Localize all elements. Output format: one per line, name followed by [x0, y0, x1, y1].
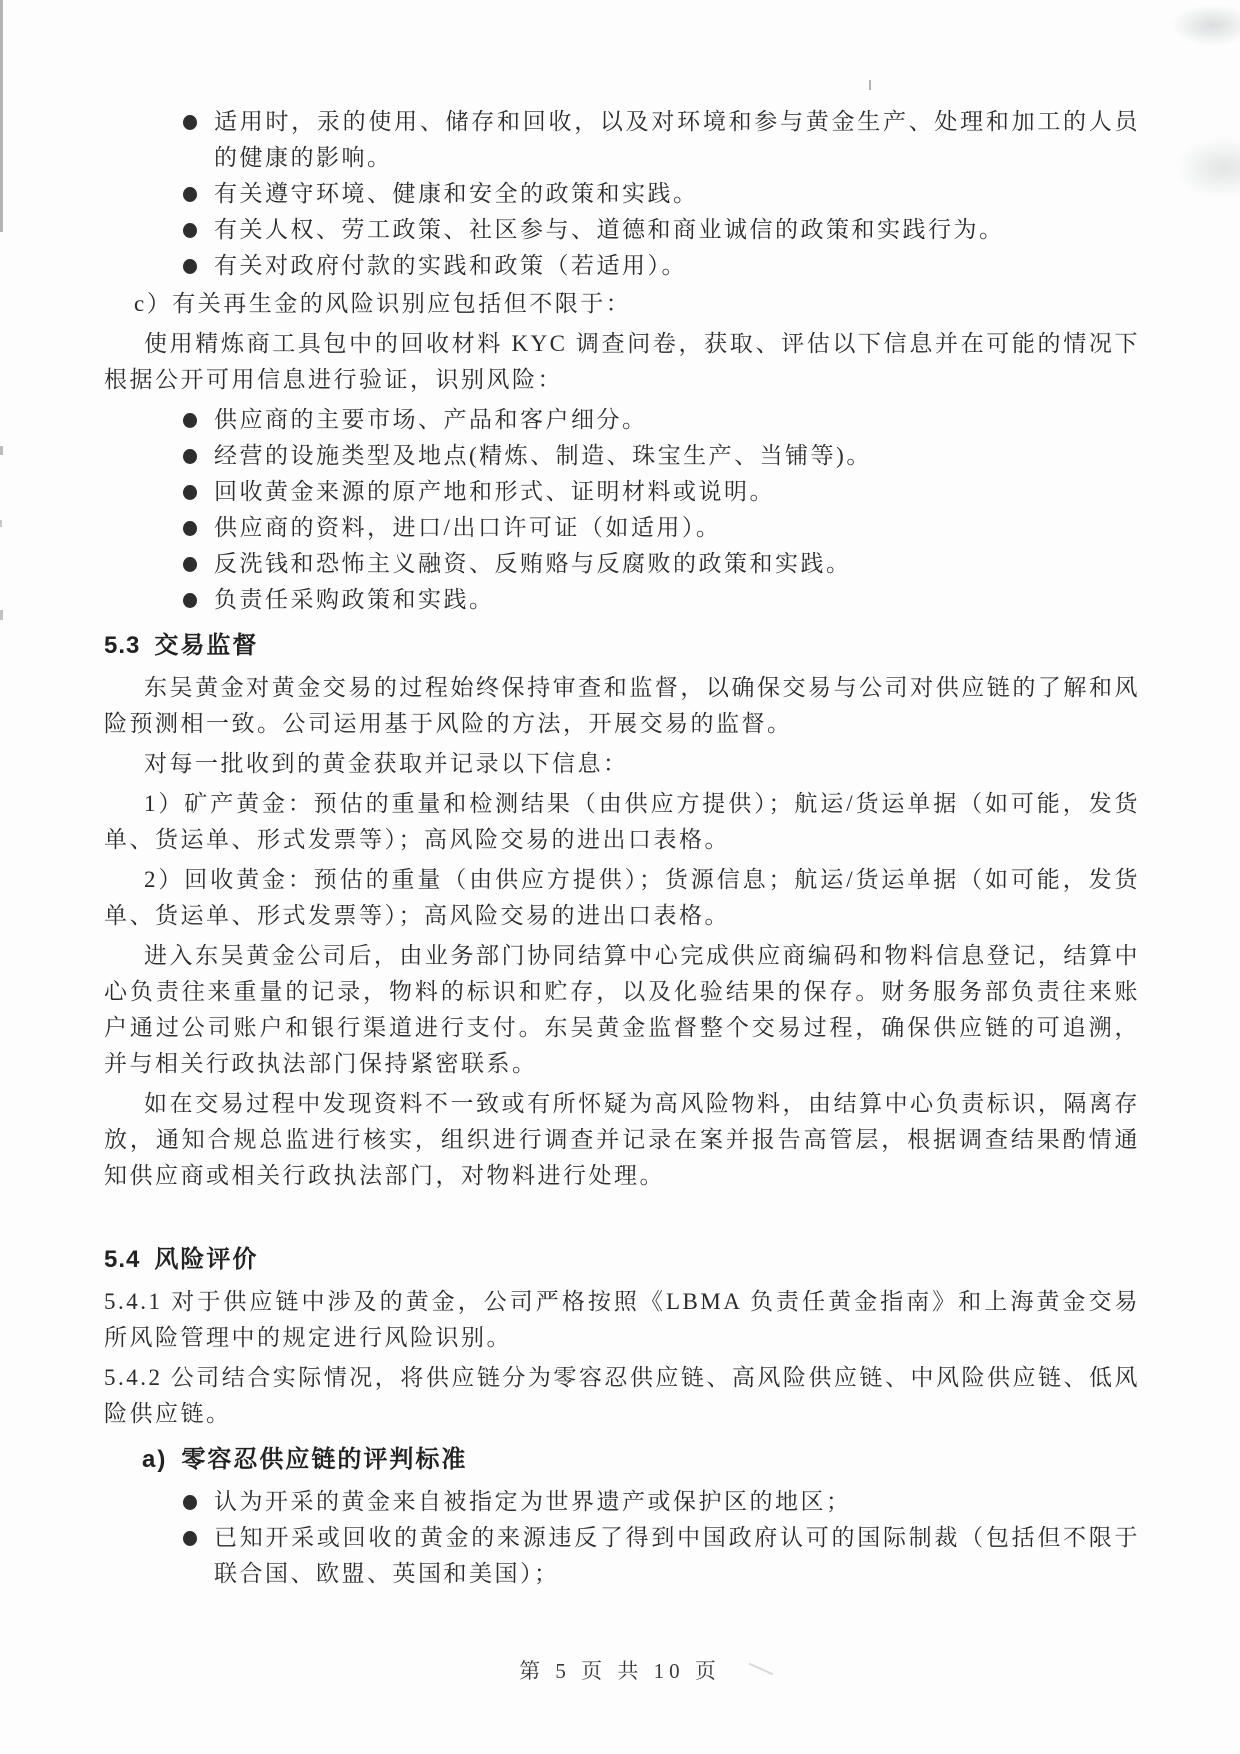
subsection-title: 零容忍供应链的评判标准: [181, 1446, 467, 1473]
bullet-icon: [183, 115, 197, 130]
paragraph: 1）矿产黄金：预估的重量和检测结果（由供应方提供）；航运/货运单据（如可能，发货…: [104, 786, 1140, 858]
bullet-icon: [183, 449, 197, 464]
document-page: 适用时，汞的使用、储存和回收，以及对环境和参与黄金生产、处理和加工的人员的健康的…: [0, 0, 1240, 1754]
section-number: 5.4: [104, 1246, 140, 1273]
scan-artifact-dot: [869, 80, 871, 90]
bullet-icon: [183, 1531, 197, 1546]
paragraph-5-4-1: 5.4.1 对于供应链中涉及的黄金，公司严格按照《LBMA 负责任黄金指南》和上…: [104, 1284, 1140, 1356]
kyc-paragraph: 使用精炼商工具包中的回收材料 KYC 调查问卷，获取、评估以下信息并在可能的情况…: [104, 326, 1140, 398]
list-item: 回收黄金来源的原产地和形式、证明材料或说明。: [214, 474, 1140, 510]
section-number: 5.3: [104, 632, 140, 659]
scan-artifact-smudge: [1130, 0, 1240, 210]
zero-tolerance-bullet-list: 认为开采的黄金来自被指定为世界遗产或保护区的地区； 已知开采或回收的黄金的来源违…: [104, 1484, 1140, 1592]
scan-artifact-speck: [0, 610, 3, 620]
list-item: 有关对政府付款的实践和政策（若适用）。: [214, 248, 1140, 284]
bullet-icon: [183, 521, 197, 536]
subsection-label: a): [142, 1446, 167, 1473]
list-item: 反洗钱和恐怖主义融资、反贿赂与反腐败的政策和实践。: [214, 546, 1140, 582]
list-item-text: 适用时，汞的使用、储存和回收，以及对环境和参与黄金生产、处理和加工的人员的健康的…: [214, 109, 1140, 170]
list-item: 供应商的主要市场、产品和客户细分。: [214, 402, 1140, 438]
paragraph: 如在交易过程中发现资料不一致或有所怀疑为高风险物料，由结算中心负责标识，隔离存放…: [104, 1086, 1140, 1194]
paragraph: 进入东吴黄金公司后，由业务部门协同结算中心完成供应商编码和物料信息登记，结算中心…: [104, 938, 1140, 1082]
list-item: 已知开采或回收的黄金的来源违反了得到中国政府认可的国际制裁（包括但不限于联合国、…: [214, 1520, 1140, 1592]
mined-gold-risk-bullet-list: 适用时，汞的使用、储存和回收，以及对环境和参与黄金生产、处理和加工的人员的健康的…: [104, 104, 1140, 284]
list-item: 经营的设施类型及地点(精炼、制造、珠宝生产、当铺等)。: [214, 438, 1140, 474]
section-heading-5-3: 5.3交易监督: [104, 630, 1140, 662]
list-item-text: 负责任采购政策和实践。: [214, 587, 495, 612]
paragraph-5-4-2: 5.4.2 公司结合实际情况，将供应链分为零容忍供应链、高风险供应链、中风险供应…: [104, 1360, 1140, 1432]
bullet-icon: [183, 223, 197, 238]
list-item-text: 经营的设施类型及地点(精炼、制造、珠宝生产、当铺等)。: [214, 443, 872, 468]
bullet-icon: [183, 485, 197, 500]
bullet-icon: [183, 259, 197, 274]
list-item-text: 已知开采或回收的黄金的来源违反了得到中国政府认可的国际制裁（包括但不限于联合国、…: [214, 1525, 1140, 1586]
scan-artifact-speck: [0, 446, 3, 455]
list-item: 有关人权、劳工政策、社区参与、道德和商业诚信的政策和实践行为。: [214, 212, 1140, 248]
scan-artifact-speck: [0, 520, 2, 527]
list-item: 负责任采购政策和实践。: [214, 582, 1140, 618]
list-item: 认为开采的黄金来自被指定为世界遗产或保护区的地区；: [214, 1484, 1140, 1520]
paragraph: 2）回收黄金：预估的重量（由供应方提供）；货源信息；航运/货运单据（如可能，发货…: [104, 862, 1140, 934]
bullet-icon: [183, 1495, 197, 1510]
list-item: 供应商的资料，进口/出口许可证（如适用）。: [214, 510, 1140, 546]
bullet-icon: [183, 593, 197, 608]
section-title: 风险评价: [154, 1246, 258, 1273]
page-footer: 第 5 页 共 10 页: [0, 1656, 1240, 1686]
subsection-heading-a: a)零容忍供应链的评判标准: [104, 1444, 1140, 1476]
list-item-text: 有关对政府付款的实践和政策（若适用）。: [214, 253, 687, 278]
section-heading-5-4: 5.4风险评价: [104, 1244, 1140, 1276]
bullet-icon: [183, 413, 197, 428]
clause-c-line: c）有关再生金的风险识别应包括但不限于：: [104, 286, 1140, 322]
list-item-text: 反洗钱和恐怖主义融资、反贿赂与反腐败的政策和实践。: [214, 551, 852, 576]
scan-artifact-left-line: [0, 0, 3, 232]
bullet-icon: [183, 557, 197, 572]
section-title: 交易监督: [154, 632, 258, 659]
list-item-text: 有关人权、劳工政策、社区参与、道德和商业诚信的政策和实践行为。: [214, 217, 1005, 242]
list-item-text: 有关遵守环境、健康和安全的政策和实践。: [214, 181, 699, 206]
list-item-text: 回收黄金来源的原产地和形式、证明材料或说明。: [214, 479, 775, 504]
list-item: 有关遵守环境、健康和安全的政策和实践。: [214, 176, 1140, 212]
list-item: 适用时，汞的使用、储存和回收，以及对环境和参与黄金生产、处理和加工的人员的健康的…: [214, 104, 1140, 176]
recycled-gold-risk-bullet-list: 供应商的主要市场、产品和客户细分。 经营的设施类型及地点(精炼、制造、珠宝生产、…: [104, 402, 1140, 618]
paragraph: 东吴黄金对黄金交易的过程始终保持审查和监督，以确保交易与公司对供应链的了解和风险…: [104, 670, 1140, 742]
document-content: 适用时，汞的使用、储存和回收，以及对环境和参与黄金生产、处理和加工的人员的健康的…: [104, 104, 1140, 1594]
bullet-icon: [183, 187, 197, 202]
list-item-text: 供应商的主要市场、产品和客户细分。: [214, 407, 648, 432]
paragraph: 对每一批收到的黄金获取并记录以下信息：: [104, 746, 1140, 782]
list-item-text: 供应商的资料，进口/出口许可证（如适用）。: [214, 515, 721, 540]
list-item-text: 认为开采的黄金来自被指定为世界遗产或保护区的地区；: [214, 1489, 852, 1514]
